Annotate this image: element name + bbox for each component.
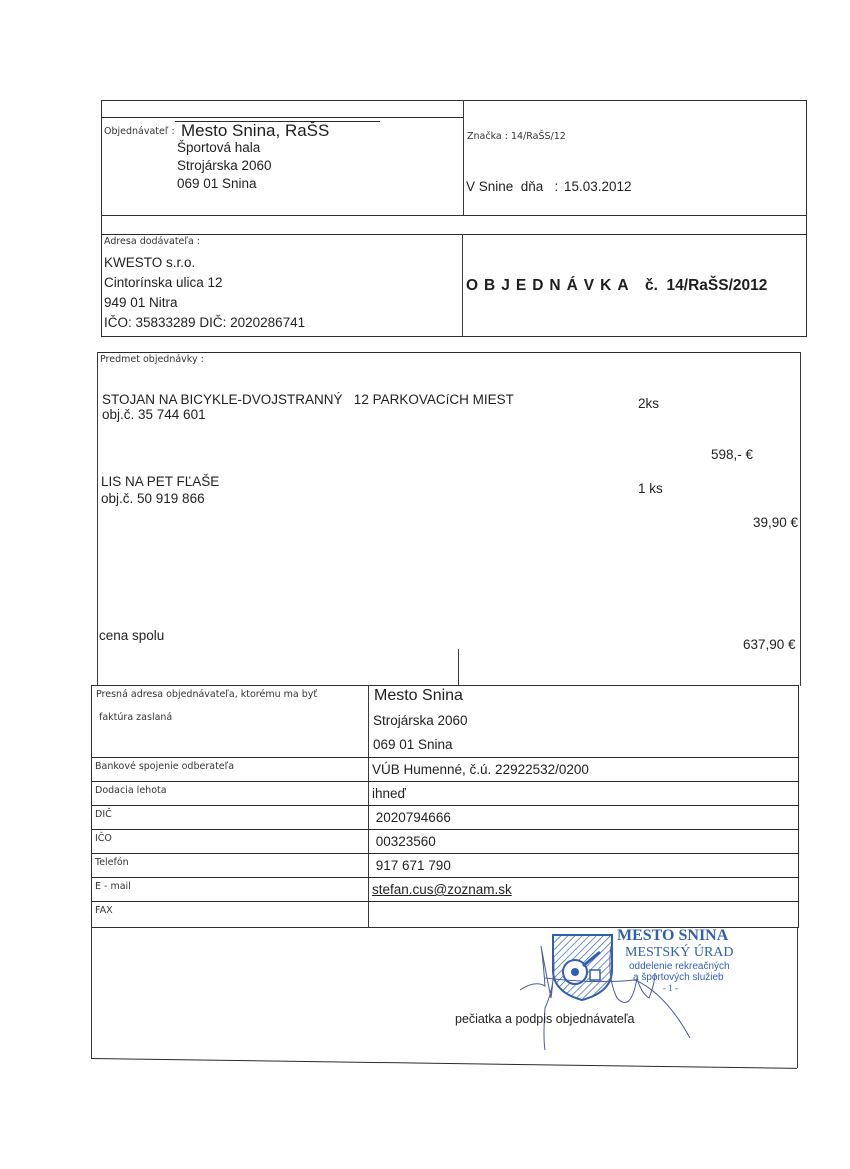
detail-value: ihneď	[372, 786, 406, 801]
orderer-line2: Strojárska 2060	[177, 158, 272, 173]
subject-label: Predmet objednávky :	[100, 354, 204, 365]
order-number: č. 14/RaŠS/2012	[645, 277, 767, 295]
invoice-street: Strojárska 2060	[373, 713, 468, 728]
divider	[91, 829, 799, 830]
item-code: obj.č. 35 744 601	[102, 407, 206, 422]
orderer-line1: Športová hala	[177, 140, 260, 155]
item-name: STOJAN NA BICYKLE-DVOJSTRANNÝ 12 PARKOVA…	[102, 392, 514, 407]
item-price: 39,90 €	[753, 515, 798, 530]
orderer-name: Mesto Snina, RaŠS	[181, 121, 329, 141]
divider	[91, 927, 92, 1058]
detail-label: Telefón	[95, 857, 129, 868]
invoice-name: Mesto Snina	[374, 687, 463, 705]
reference-mark: Značka : 14/RaŠS/12	[467, 131, 566, 142]
item-qty: 2ks	[638, 396, 659, 411]
divider	[458, 649, 459, 686]
detail-label: FAX	[95, 905, 113, 916]
place-date-label: V Snine dňa :	[466, 179, 558, 194]
invoice-city: 069 01 Snina	[373, 737, 453, 752]
orderer-line3: 069 01 Snina	[177, 176, 257, 191]
item-qty: 1 ks	[638, 481, 663, 496]
divider	[91, 805, 799, 806]
supplier-name: KWESTO s.r.o.	[104, 255, 195, 270]
supplier-street: Cintorínska ulica 12	[104, 275, 223, 290]
email-link[interactable]: stefan.cus@zoznam.sk	[372, 882, 512, 897]
detail-label: Dodacia lehota	[95, 785, 167, 796]
detail-label: Bankové spojenie odberateľa	[95, 761, 234, 772]
detail-label: DIČ	[95, 809, 112, 820]
detail-value: 917 671 790	[372, 858, 451, 873]
divider	[101, 234, 807, 235]
order-date: 15.03.2012	[564, 179, 632, 194]
order-title: OBJEDNÁVKA	[466, 277, 635, 295]
detail-label: E - mail	[95, 881, 131, 892]
divider	[797, 927, 798, 1068]
divider	[97, 352, 801, 353]
detail-value: VÚB Humenné, č.ú. 22922532/0200	[372, 762, 589, 777]
total-label: cena spolu	[99, 628, 164, 643]
invoice-label: Presná adresa objednávateľa, ktorému ma …	[96, 689, 317, 700]
divider	[91, 757, 799, 758]
divider	[91, 781, 799, 782]
divider	[368, 685, 369, 928]
divider	[91, 1058, 797, 1069]
supplier-label: Adresa dodávateľa :	[104, 236, 200, 247]
divider	[101, 117, 464, 118]
detail-label: IČO	[95, 833, 112, 844]
divider	[463, 100, 464, 215]
invoice-label-cont: faktúra zaslaná	[96, 712, 172, 723]
divider	[97, 352, 98, 686]
total-value: 637,90 €	[743, 637, 796, 652]
divider	[800, 352, 801, 686]
divider	[462, 234, 463, 337]
item-code: obj.č. 50 919 866	[101, 491, 205, 506]
divider	[91, 877, 799, 878]
item-price: 598,- €	[711, 447, 753, 462]
supplier-ids: IČO: 35833289 DIČ: 2020286741	[104, 315, 305, 330]
signature-caption: pečiatka a podpis objednávateľa	[455, 1012, 634, 1026]
detail-value: 2020794666	[372, 810, 451, 825]
divider	[91, 901, 799, 902]
item-name: LIS NA PET FĽAŠE	[101, 474, 219, 489]
detail-value: 00323560	[372, 834, 436, 849]
signature-scribble-icon	[515, 938, 705, 1053]
divider	[91, 853, 799, 854]
supplier-city: 949 01 Nitra	[104, 295, 178, 310]
orderer-label: Objednávateľ :	[104, 126, 175, 137]
